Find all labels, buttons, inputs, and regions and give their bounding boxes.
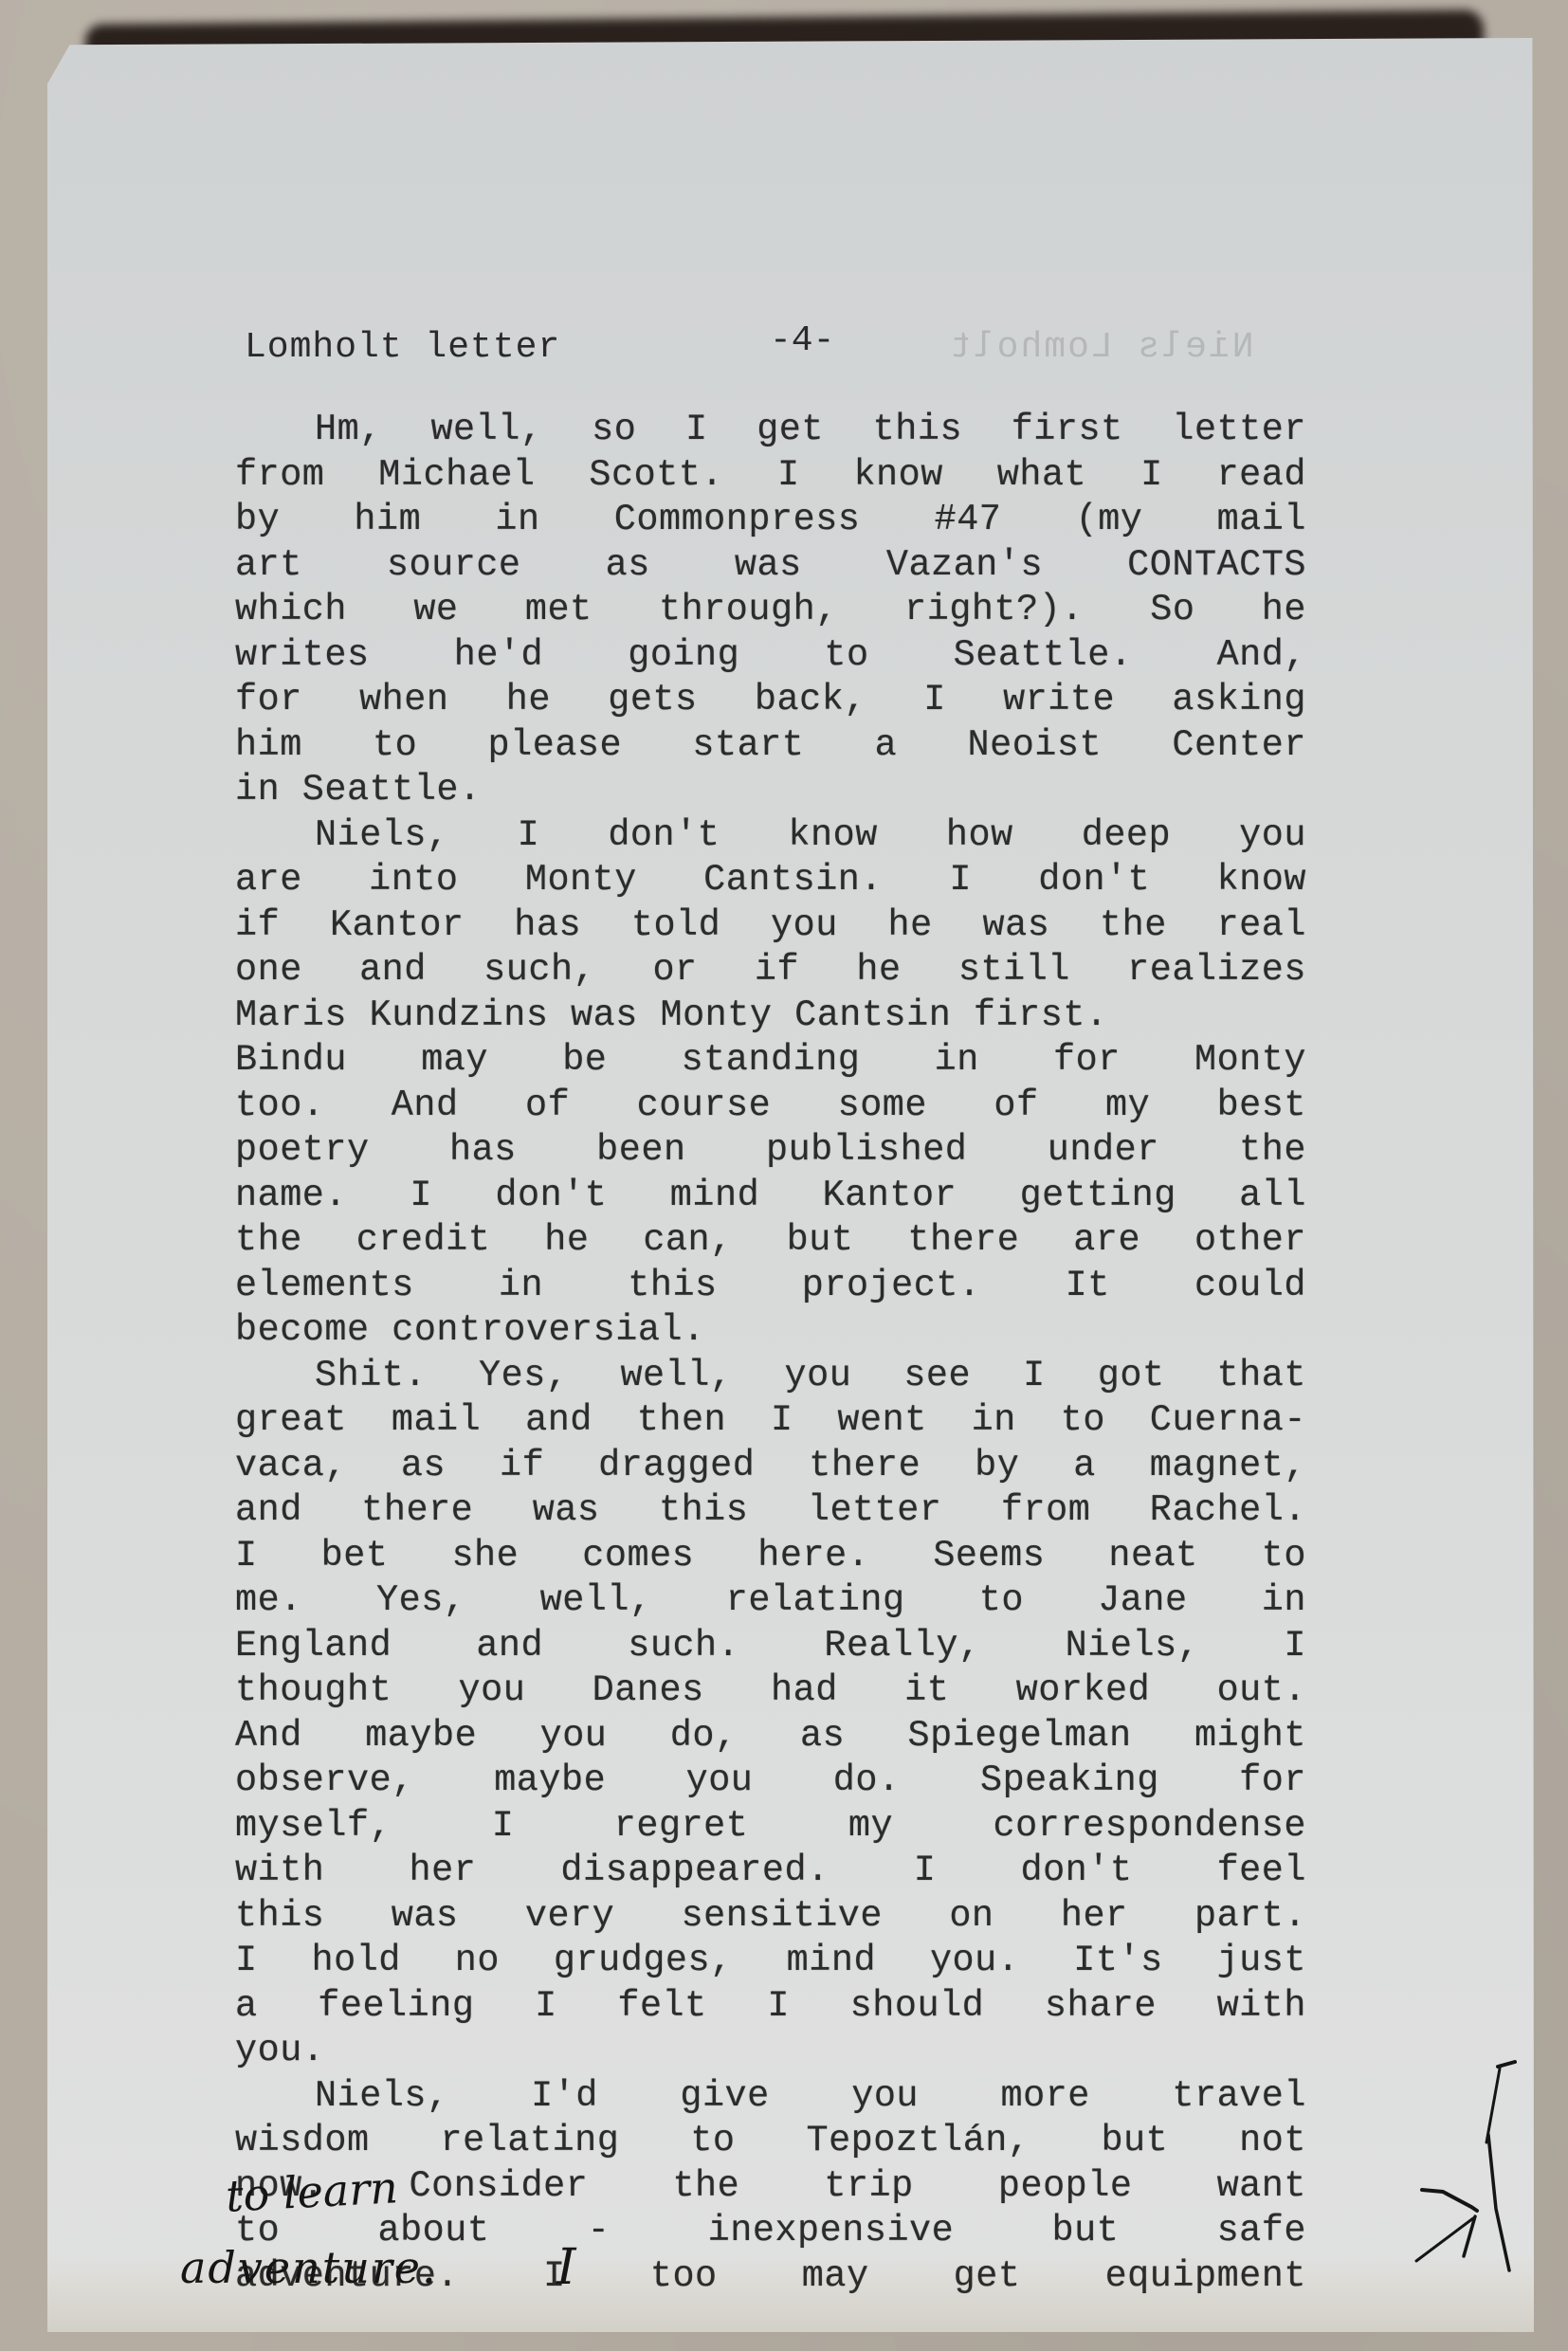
handwritten-correction-i: I: [556, 2239, 576, 2296]
bleed-through-text: Niels Lomholt: [948, 327, 1253, 368]
letter-line: the credit he can, but there are other: [235, 1218, 1306, 1264]
letter-line: Hm, well, so I get this first letter: [235, 408, 1306, 453]
letter-line: England and such. Really, Niels, I: [235, 1624, 1306, 1669]
letter-line: in Seattle.: [235, 768, 1306, 813]
letter-line: wisdom relating to Tepoztlán, but not: [235, 2119, 1306, 2164]
letter-line: me. Yes, well, relating to Jane in: [235, 1578, 1306, 1624]
margin-arrow-mark-icon: [1403, 2048, 1536, 2275]
letter-line: him to please start a Neoist Center: [235, 723, 1306, 769]
letter-line: Shit. Yes, well, you see I got that: [235, 1354, 1306, 1399]
letter-line: this was very sensitive on her part.: [235, 1894, 1306, 1940]
letter-line: poetry has been published under the: [235, 1128, 1306, 1174]
letter-header-title: Lomholt letter: [245, 327, 560, 368]
letter-line: observe, maybe you do. Speaking for: [235, 1759, 1306, 1804]
letter-line: too. And of course some of my best: [235, 1084, 1306, 1129]
letter-line: I bet she comes here. Seems neat to: [235, 1534, 1306, 1579]
letter-line: Niels, I'd give you more travel: [235, 2074, 1306, 2120]
letter-line: elements in this project. It could: [235, 1264, 1306, 1309]
handwritten-note-adventure: adventure.: [180, 2242, 438, 2293]
letter-line: vaca, as if dragged there by a magnet,: [235, 1444, 1306, 1489]
letter-line: I hold no grudges, mind you. It's just: [235, 1939, 1306, 1984]
letter-line: Bindu may be standing in for Monty: [235, 1038, 1306, 1084]
letter-line: with her disappeared. I don't feel: [235, 1849, 1306, 1894]
letter-line: myself, I regret my correspondense: [235, 1804, 1306, 1850]
letter-line: art source as was Vazan's CONTACTS: [235, 543, 1306, 589]
letter-line: are into Monty Cantsin. I don't know: [235, 858, 1306, 903]
letter-line: become controversial.: [235, 1308, 1306, 1354]
handwritten-note-to-learn: to learn: [225, 2161, 399, 2221]
letter-line: And maybe you do, as Spiegelman might: [235, 1714, 1306, 1759]
letter-line: Niels, I don't know how deep you: [235, 813, 1306, 859]
letter-line: great mail and then I went in to Cuerna-: [235, 1398, 1306, 1444]
letter-line: Maris Kundzins was Monty Cantsin first.: [235, 993, 1306, 1039]
letter-line: one and such, or if he still realizes: [235, 948, 1306, 993]
letter-line: writes he'd going to Seattle. And,: [235, 633, 1306, 679]
letter-line: thought you Danes had it worked out.: [235, 1668, 1306, 1714]
letter-line: if Kantor has told you he was the real: [235, 903, 1306, 949]
letter-line: name. I don't mind Kantor getting all: [235, 1174, 1306, 1219]
letter-line: a feeling I felt I should share with: [235, 1984, 1306, 2030]
letter-line: you.: [235, 2029, 1306, 2074]
letter-line: for when he gets back, I write asking: [235, 678, 1306, 723]
letter-line: by him in Commonpress #47 (my mail: [235, 498, 1306, 543]
letter-body: Hm, well, so I get this first letterfrom…: [235, 408, 1306, 2299]
page-number: -4-: [770, 320, 834, 361]
letter-line: from Michael Scott. I know what I read: [235, 453, 1306, 499]
letter-line: which we met through, right?). So he: [235, 588, 1306, 633]
letter-line: and there was this letter from Rachel.: [235, 1488, 1306, 1534]
